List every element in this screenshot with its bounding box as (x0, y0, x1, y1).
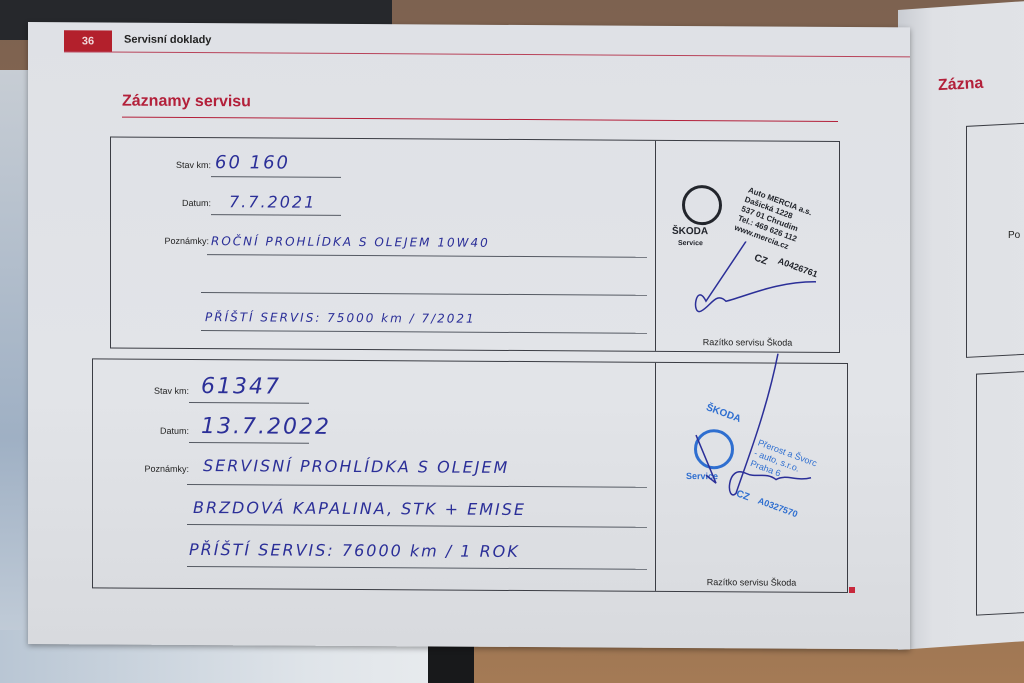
signature-icon (666, 353, 846, 504)
notes-line-1-text: SERVISNÍ PROHLÍDKA S OLEJEM (203, 456, 509, 477)
page-title: Záznamy servisu (122, 93, 251, 112)
mileage-line (211, 176, 341, 178)
stamp-label: Razítko servisu Škoda (656, 337, 839, 348)
notes-line-3 (187, 566, 647, 570)
date-value: 13.7.2022 (201, 414, 331, 440)
date-line (211, 214, 341, 216)
mileage-value: 61347 (201, 374, 281, 399)
notes-label: Poznámky: (131, 236, 209, 246)
right-page-title: Zázna (938, 75, 984, 95)
header-rule (64, 51, 910, 57)
section-title: Servisní doklady (124, 34, 211, 47)
notes-line-3 (201, 330, 647, 334)
mileage-value: 60 160 (215, 152, 290, 173)
right-page-record-box-2 (976, 370, 1024, 615)
notes-line-1-text: ROČNÍ PROHLÍDKA S OLEJEM 10W40 (211, 234, 490, 250)
service-record-1: Stav km: 60 160 Datum: 7.7.2021 Poznámky… (110, 137, 840, 353)
date-label: Datum: (151, 198, 211, 208)
date-value: 7.7.2021 (229, 192, 316, 212)
notes-line-2 (201, 292, 647, 296)
notes-line-3-text: PŘÍŠTÍ SERVIS: 76000 km / 1 ROK (189, 540, 520, 561)
mileage-label: Stav km: (129, 386, 189, 396)
service-book-page: 36 Servisní doklady Záznamy servisu Stav… (28, 22, 910, 649)
notes-line-1 (207, 254, 647, 258)
notes-line-2 (187, 524, 647, 528)
stamp-brand: ŠKODA (672, 227, 708, 237)
notes-label: Poznámky: (111, 464, 189, 474)
stamp-label: Razítko servisu Škoda (656, 577, 847, 588)
signature-icon (686, 241, 836, 322)
service-record-2: Stav km: 61347 Datum: 13.7.2022 Poznámky… (92, 358, 848, 593)
date-line (189, 442, 309, 444)
title-rule (122, 117, 838, 122)
date-label: Datum: (129, 426, 189, 436)
stamp-area: ŠKODA Service Přerost a Švorc - auto, s.… (655, 363, 847, 592)
right-page-label: Po (1008, 230, 1020, 241)
stamp-area: ŠKODA Service Auto MERCIA a.s. Dašická 1… (655, 141, 839, 352)
page-number: 36 (64, 30, 112, 52)
notes-line-1 (187, 484, 647, 488)
notes-line-3-text: PŘÍŠTÍ SERVIS: 75000 km / 7/2021 (205, 310, 476, 326)
notes-line-2-text: BRZDOVÁ KAPALINA, STK + EMISE (193, 498, 526, 519)
skoda-logo-icon (682, 185, 722, 225)
mileage-line (189, 402, 309, 404)
page-corner-mark (849, 587, 855, 593)
mileage-label: Stav km: (151, 160, 211, 170)
